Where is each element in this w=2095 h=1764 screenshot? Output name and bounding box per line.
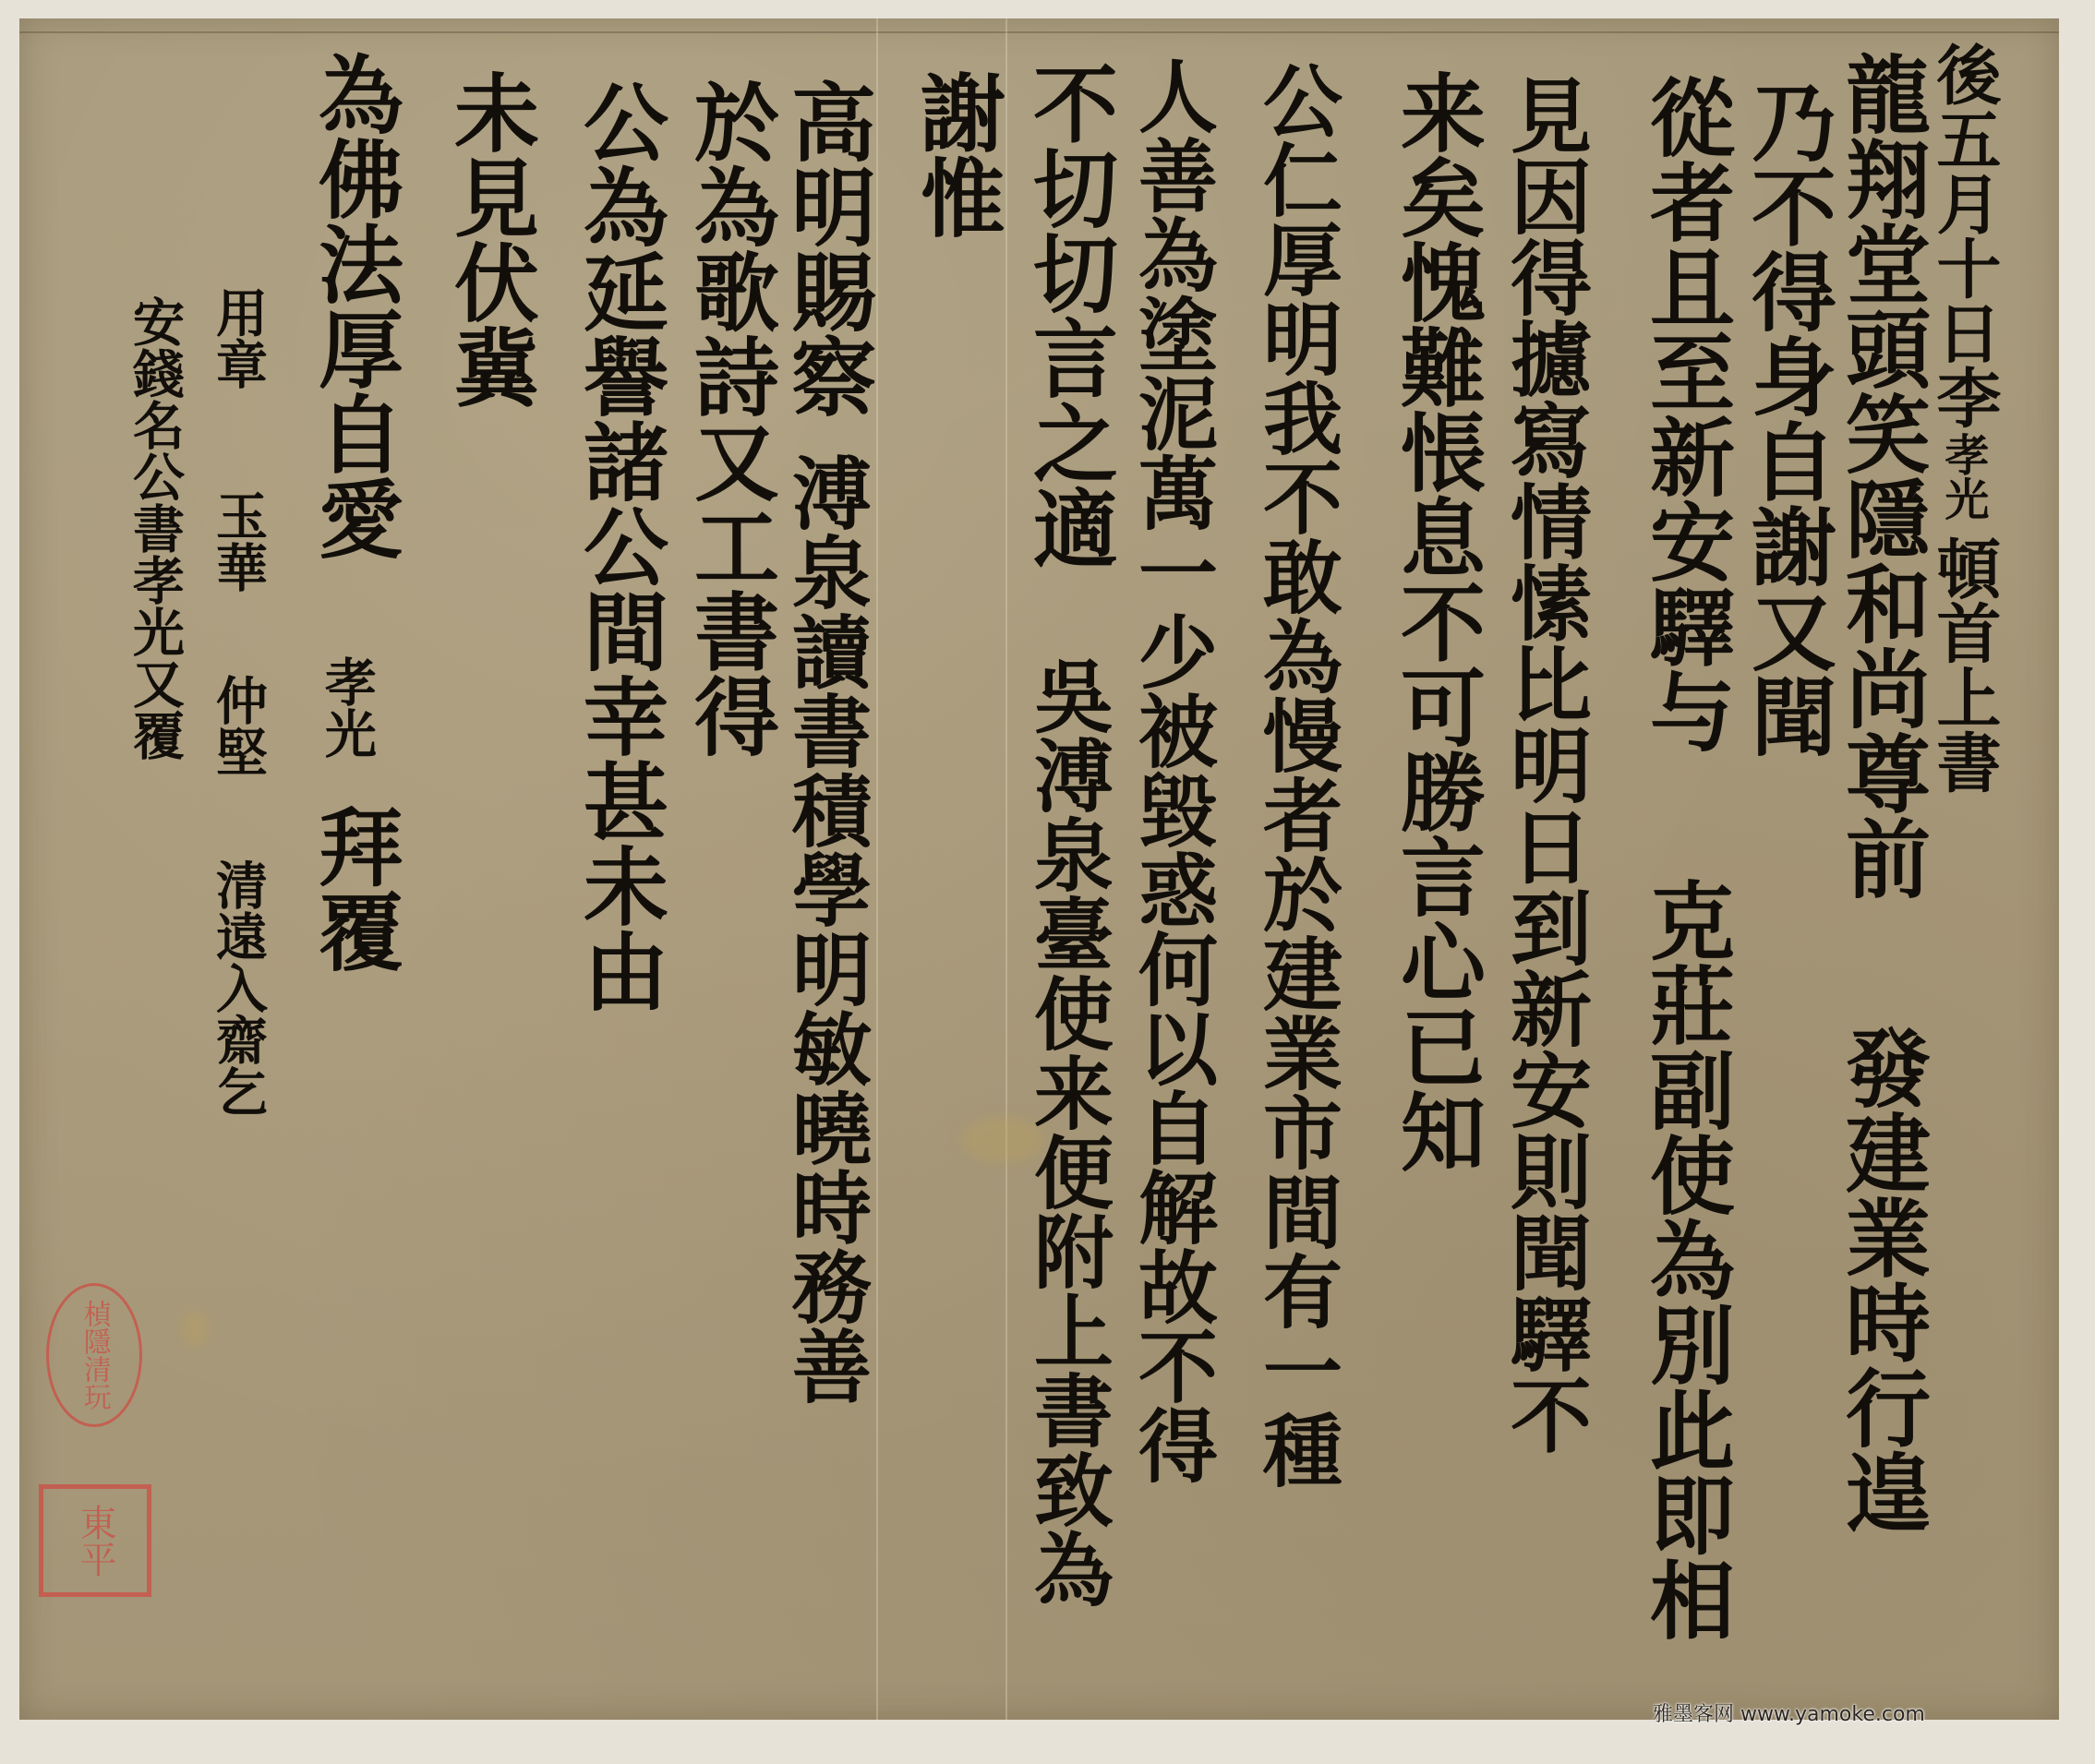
postscript-column-2: 安錢名公書孝光又覆: [129, 295, 181, 761]
column-14: 未見伏冀: [448, 69, 533, 409]
postscript-name-2: 玉華: [212, 489, 264, 593]
watermark-url: www.yamoke.com: [1740, 1703, 1925, 1726]
column-8: 人善為塗泥萬一少被毀惑何以自解故不得: [1131, 55, 1210, 1484]
postscript-column-1: 用章: [212, 286, 264, 390]
postscript-name-3: 仲堅: [212, 674, 264, 777]
paper-stain: [181, 1311, 209, 1348]
column-9: 不切切言之適: [1027, 60, 1112, 570]
column-11: 高明賜察: [785, 78, 870, 418]
watermark-site-name: 雅墨客网: [1653, 1703, 1734, 1726]
column-5: 見因得攄寫情愫比明日到新安則聞驛不: [1505, 74, 1586, 1455]
column-7: 公仁厚明我不敢為慢者於建業市間有一種: [1256, 60, 1335, 1489]
watermark: 雅墨客网 www.yamoke.com: [1653, 1698, 1925, 1727]
signature-bow: 拜覆: [312, 803, 397, 973]
column-4-continuation: 克莊副使為別此即相: [1643, 877, 1728, 1641]
column-3: 乃不得身自謝又聞: [1745, 78, 1830, 758]
column-1-sender-name: 孝光: [1941, 432, 1985, 521]
signature-name: 孝光: [321, 655, 373, 759]
postscript-name-4: 清遠入齋乞: [212, 858, 264, 1117]
column-6: 来矣愧難悵息不可勝言心已知: [1394, 69, 1479, 1173]
seal-oval-text: 楨隱清玩: [79, 1300, 109, 1410]
column-15: 為佛法厚自愛: [312, 51, 397, 560]
column-2-continuation: 發建業時行遑: [1839, 1025, 1924, 1534]
collector-seal-oval: 楨隱清玩: [46, 1283, 142, 1427]
column-10: 謝惟: [914, 69, 999, 239]
column-1-date: 後五月十日李: [1932, 42, 1996, 429]
column-4: 從者且至新安驛与: [1643, 74, 1728, 753]
seal-square-text: 東平: [76, 1504, 114, 1578]
column-2-addressee: 龍翔堂頭笑隱和尚尊前: [1839, 51, 1924, 900]
column-12: 於為歌詩又工書得: [688, 78, 773, 758]
column-11-continuation: 溥泉讀書積學明敏曉時務善: [785, 452, 864, 1405]
collector-seal-square: 東平: [39, 1484, 151, 1597]
paper-top-rule: [19, 31, 2059, 33]
paper-seam: [1005, 18, 1007, 1720]
column-13: 公為延譽諸公間幸甚未由: [577, 78, 662, 1013]
column-1-closing: 頓首上書: [1932, 535, 1996, 794]
column-9-continuation: 吳溥泉臺使来便附上書致為: [1027, 655, 1106, 1608]
